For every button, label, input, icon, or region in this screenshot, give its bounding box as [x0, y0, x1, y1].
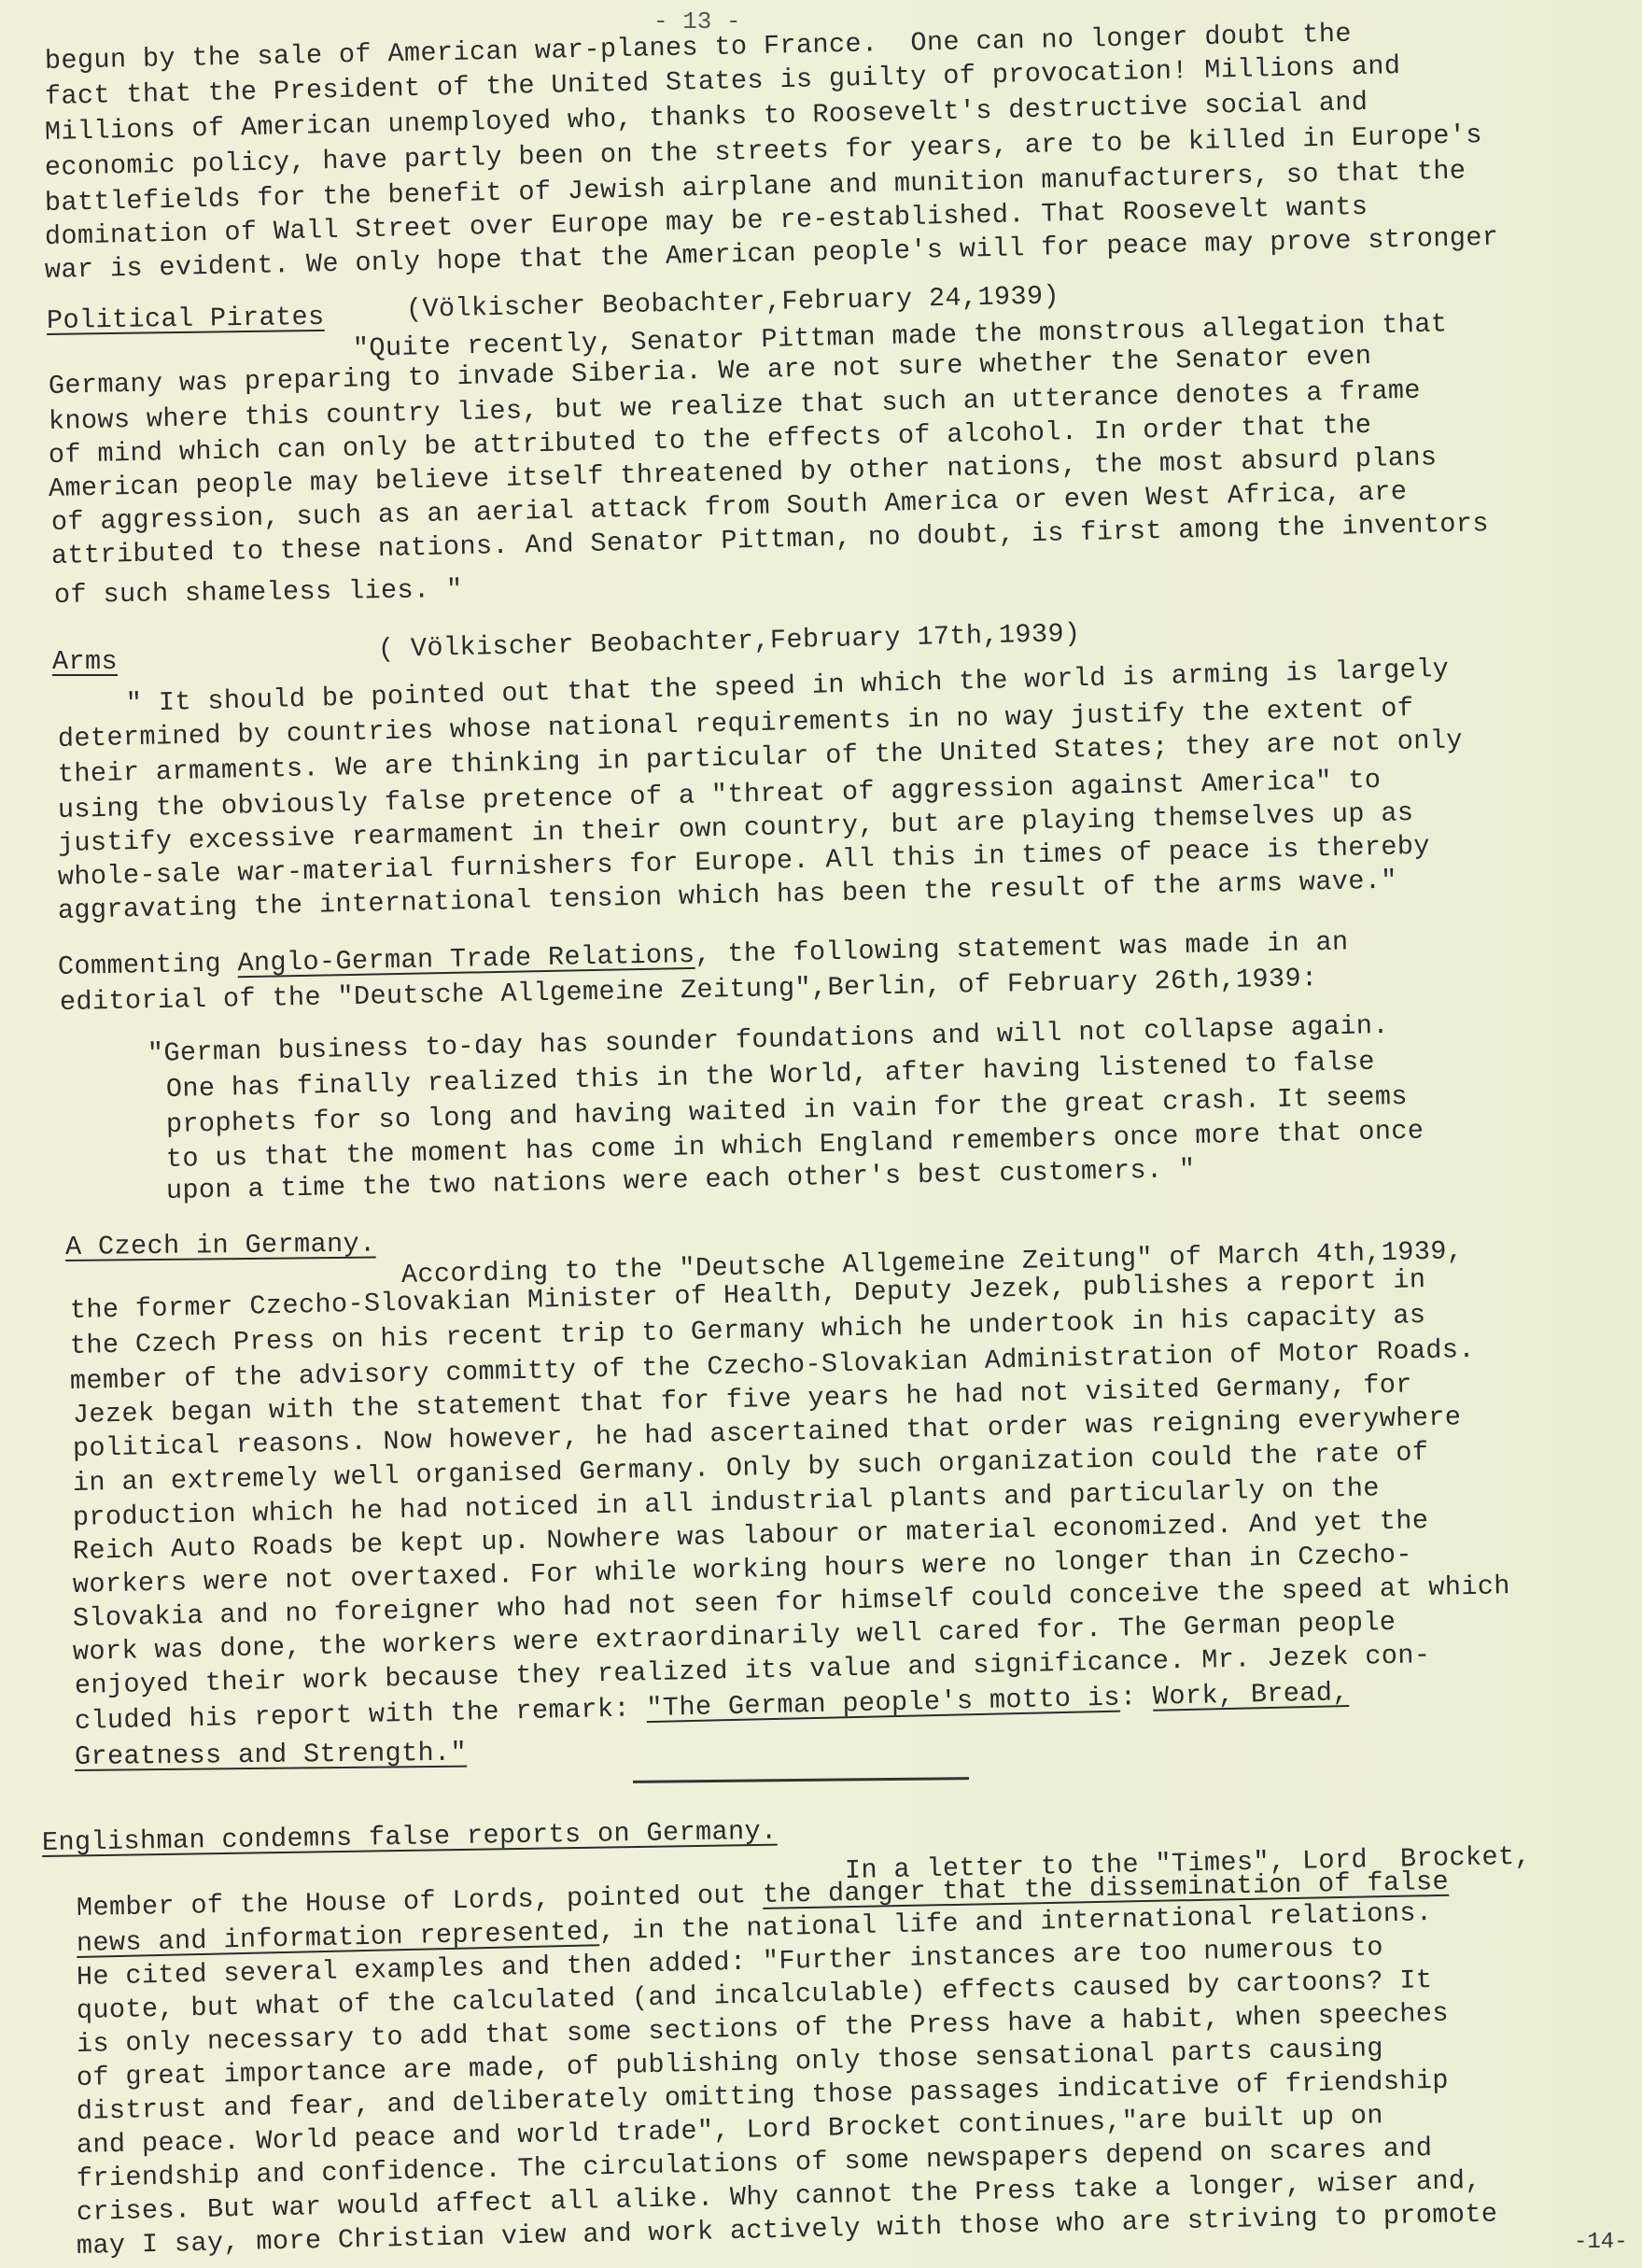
section-heading: Anglo-German Trade Relations [237, 939, 695, 979]
page-number-bottom: -14- [1574, 2230, 1628, 2255]
section-heading: Political Pirates [47, 304, 325, 335]
section-heading: Arms [52, 649, 118, 676]
text-line: of such shameless lies. " [54, 577, 463, 610]
document-page: - 13 - begun by the sale of American war… [0, 0, 1642, 2268]
section-source: ( Völkischer Beobachter,February 17th,19… [378, 621, 1081, 664]
section-heading: A Czech in Germany. [65, 1232, 376, 1261]
motto-quote: "The German people's motto is [646, 1683, 1120, 1725]
motto-words: Work, Bread, [1153, 1677, 1350, 1712]
section-divider [633, 1777, 969, 1783]
section-source: (Völkischer Beobachter,February 24,1939) [406, 283, 1060, 323]
motto-words: Greatness and Strength." [75, 1740, 467, 1771]
section-heading: Englishman condemns false reports on Ger… [42, 1819, 778, 1857]
